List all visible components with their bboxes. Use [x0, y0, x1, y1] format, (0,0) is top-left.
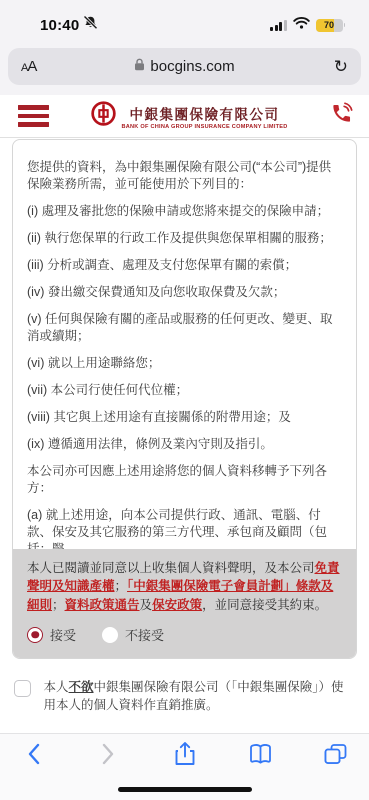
policy-link[interactable]: 保安政策 [152, 598, 202, 612]
battery-indicator: 70 [316, 19, 346, 32]
url-field[interactable]: AA bocgins.com ↻ [8, 48, 361, 85]
bookmarks-button[interactable] [247, 741, 273, 767]
consent-panel: 本人已閱讀並同意以上收集個人資料聲明，及本公司免責聲明及知識產權；「中銀集團保險… [13, 549, 356, 659]
declaration-text: 您提供的資料，為中銀集團保險有限公司(“本公司”)提供保險業務所需，並可能使用於… [13, 140, 356, 577]
home-indicator[interactable] [118, 787, 252, 792]
purpose-item: (vii) 本公司行使任何代位權； [27, 382, 342, 399]
declaration-intro: 您提供的資料，為中銀集團保險有限公司(“本公司”)提供保險業務所需，並可能使用於… [27, 159, 342, 193]
reader-button[interactable]: AA [21, 58, 36, 75]
purpose-item: (v) 任何與保險有關的產品或服務的任何更改、變更、取消或續期； [27, 311, 342, 345]
url-display: bocgins.com [8, 58, 361, 76]
company-name-en: BANK OF CHINA GROUP INSURANCE COMPANY LI… [121, 124, 287, 130]
browser-top-chrome: 10:40 70 AA [0, 0, 369, 95]
declaration-scrollbox[interactable]: 您提供的資料，為中銀集團保險有限公司(“本公司”)提供保險業務所需，並可能使用於… [12, 139, 357, 659]
purpose-item: (viii) 其它與上述用途有直接關係的附帶用途；及 [27, 409, 342, 426]
company-logo[interactable]: 中銀集團保險有限公司 BANK OF CHINA GROUP INSURANCE… [91, 101, 287, 131]
purpose-item: (i) 處理及審批您的保險申請或您將來提交的保險申請； [27, 203, 342, 220]
wifi-icon [293, 16, 310, 34]
consent-statement: 本人已閱讀並同意以上收集個人資料聲明，及本公司免責聲明及知識產權；「中銀集團保險… [27, 559, 342, 615]
status-bar: 10:40 70 [0, 0, 369, 44]
text-segment: 及 [140, 598, 153, 612]
purpose-item: (vi) 就以上用途聯絡您； [27, 355, 342, 372]
consent-radio-decline[interactable]: 不接受 [102, 625, 164, 644]
share-button[interactable] [172, 741, 198, 767]
marketing-optout-row: 本人不欲中銀集團保險有限公司（「中銀集團保險」）使用本人的個人資料作直銷推廣。 [14, 678, 355, 714]
site-header: 中銀集團保險有限公司 BANK OF CHINA GROUP INSURANCE… [0, 95, 369, 138]
iphone-safari-screen: 10:40 70 AA [0, 0, 369, 800]
tabs-button[interactable] [323, 741, 349, 767]
radio-circle-icon[interactable] [27, 627, 43, 643]
notifications-muted-icon [83, 15, 98, 35]
purpose-item: (ii) 執行您保單的行政工作及提供與您保單相關的服務； [27, 230, 342, 247]
refresh-button[interactable]: ↻ [334, 58, 348, 75]
text-segment: ，並同意接受其約束。 [202, 598, 327, 612]
consent-radio-group: 接受不接受 [27, 625, 342, 644]
transfer-intro: 本公司亦可因應上述用途將您的個人資料移轉予下列各方： [27, 463, 342, 497]
text-segment: ； [52, 598, 65, 612]
company-name-zh: 中銀集團保險有限公司 [130, 102, 280, 123]
safari-address-row: AA bocgins.com ↻ [0, 44, 369, 85]
url-text: bocgins.com [150, 58, 234, 75]
battery-percent: 70 [316, 20, 343, 30]
battery-tip [344, 23, 346, 28]
text-segment: 本人已閱讀並同意以上收集個人資料聲明，及本公司 [27, 561, 315, 575]
radio-circle-icon[interactable] [102, 627, 118, 643]
text-segment: 本人 [44, 680, 69, 694]
lock-icon [134, 58, 145, 76]
back-button[interactable] [20, 741, 46, 767]
cellular-signal-icon [270, 20, 287, 31]
boc-emblem-icon [91, 101, 116, 131]
policy-link[interactable]: 資料政策通告 [65, 598, 140, 612]
text-segment: ； [115, 579, 128, 593]
purpose-item: (iii) 分析或調查、處理及支付您保單有關的索償； [27, 257, 342, 274]
radio-label: 接受 [50, 625, 76, 644]
status-time: 10:40 [40, 17, 79, 34]
optout-checkbox[interactable] [14, 680, 31, 697]
safari-toolbar [0, 733, 369, 800]
purpose-item: (iv) 發出繳交保費通知及向您收取保費及欠款； [27, 284, 342, 301]
purpose-list: (i) 處理及審批您的保險申請或您將來提交的保險申請；(ii) 執行您保單的行政… [27, 203, 342, 453]
forward-button[interactable] [96, 741, 122, 767]
menu-button[interactable] [18, 105, 49, 127]
optout-statement: 本人不欲中銀集團保險有限公司（「中銀集團保險」）使用本人的個人資料作直銷推廣。 [44, 678, 356, 714]
text-segment: 不欲 [69, 680, 94, 694]
radio-label: 不接受 [125, 625, 164, 644]
phone-hotline-button[interactable] [330, 102, 353, 130]
consent-radio-accept[interactable]: 接受 [27, 625, 76, 644]
purpose-item: (ix) 遵循適用法律，條例及業內守則及指引。 [27, 436, 342, 453]
